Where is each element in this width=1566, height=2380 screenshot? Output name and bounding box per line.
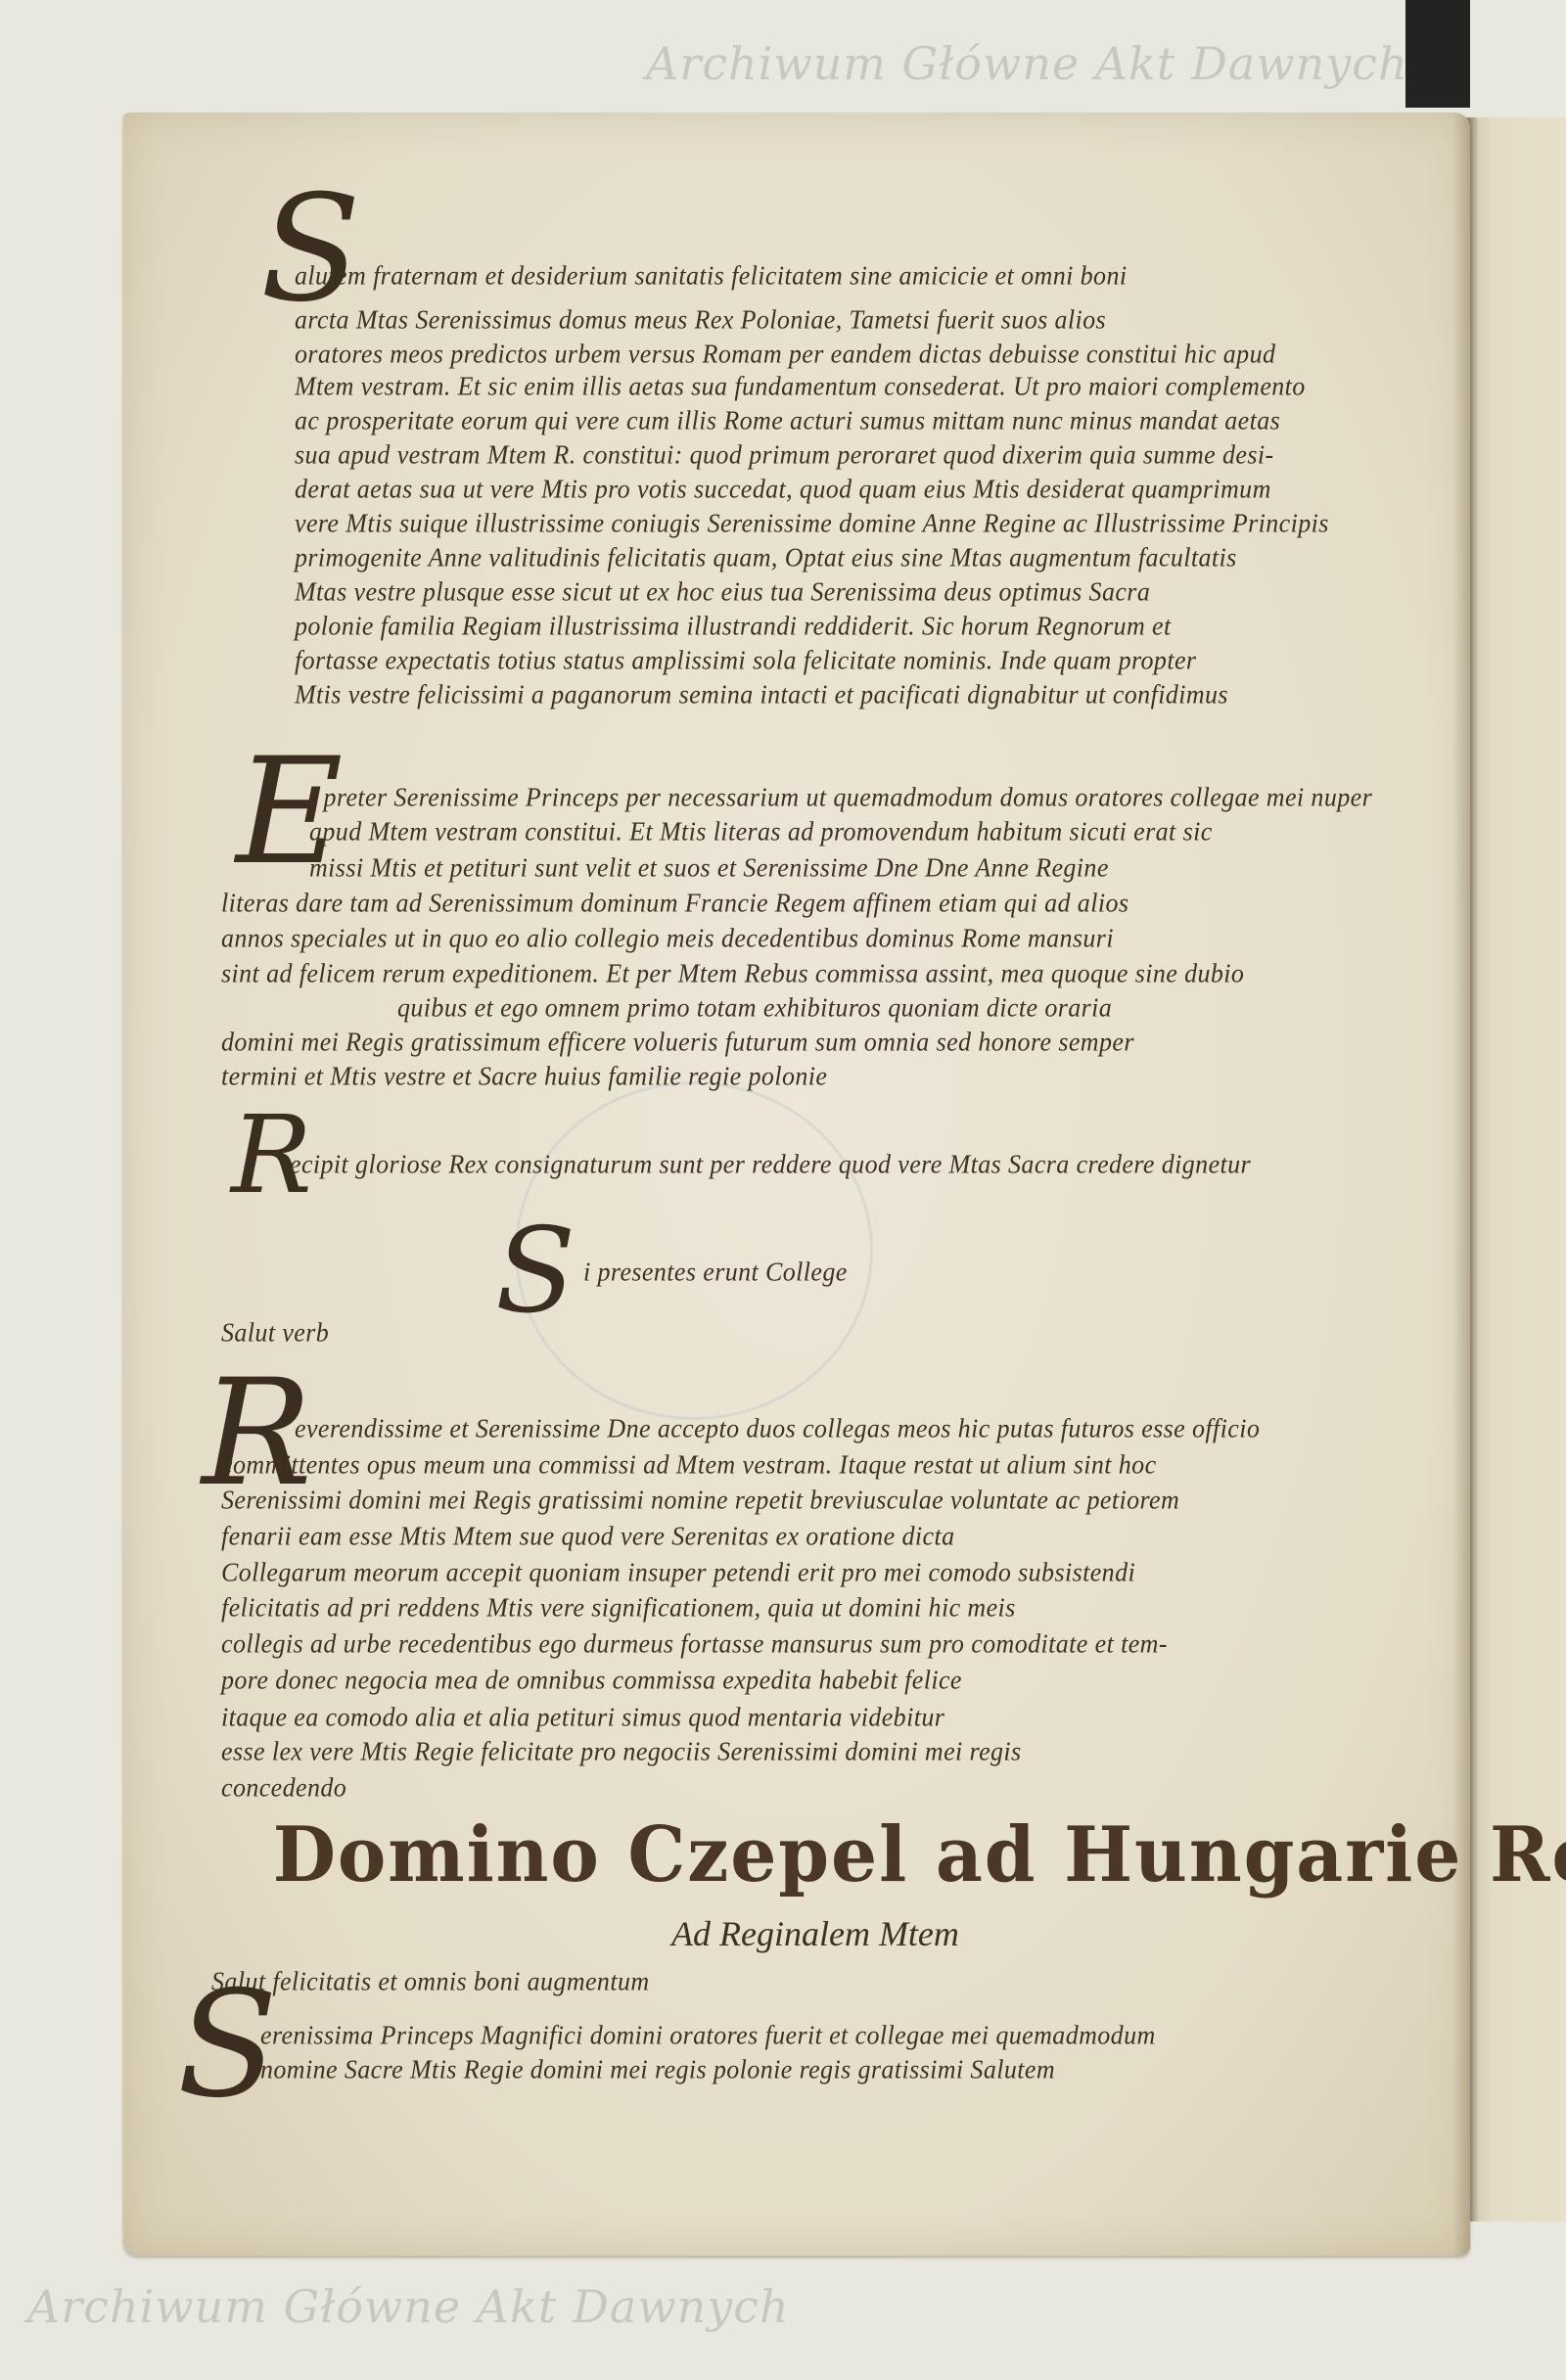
text-line: ecipit gloriose Rex consignaturum sunt p…	[290, 1149, 1251, 1180]
text-line: domini mei Regis gratissimum efficere vo…	[221, 1027, 1134, 1058]
page-edge	[1452, 113, 1470, 2256]
text-line: collegis ad urbe recedentibus ego durmeu…	[221, 1628, 1168, 1660]
text-line: committentes opus meum una commissi ad M…	[221, 1449, 1157, 1481]
text-line: alutem fraternam et desiderium sanitatis…	[295, 260, 1127, 292]
text-line: everendissime et Serenissime Dne accepto…	[295, 1413, 1260, 1444]
text-line: nomine Sacre Mtis Regie domini mei regis…	[260, 2054, 1055, 2085]
letter-heading: Domino Czepel ad Hungarie Reginam	[273, 1810, 1566, 1899]
manuscript-page: S alutem fraternam et desiderium sanitat…	[123, 113, 1470, 2256]
text-line: felicitatis ad pri reddens Mtis vere sig…	[221, 1592, 1016, 1624]
archive-watermark-bottom: Archiwum Główne Akt Dawnych	[27, 2280, 790, 2333]
letter-subheading: Ad Reginalem Mtem	[671, 1913, 959, 1954]
text-line: ac prosperitate eorum qui vere cum illis…	[295, 405, 1280, 436]
text-line: vere Mtis suique illustrissime coniugis …	[295, 508, 1329, 539]
text-line: Mtas vestre plusque esse sicut ut ex hoc…	[295, 576, 1150, 608]
text-line: apud Mtem vestram constitui. Et Mtis lit…	[309, 816, 1213, 847]
inscription-line: i presentes erunt College	[583, 1257, 848, 1288]
text-line: oratores meos predictos urbem versus Rom…	[295, 339, 1275, 370]
text-line: itaque ea comodo alia et alia petituri s…	[221, 1702, 944, 1733]
text-line: missi Mtis et petituri sunt velit et suo…	[309, 852, 1109, 884]
text-line: Mtis vestre felicissimi a paganorum semi…	[295, 679, 1228, 710]
text-line: fenarii eam esse Mtis Mtem sue quod vere…	[221, 1521, 955, 1552]
text-line: t preter Serenissime Princeps per necess…	[309, 782, 1372, 813]
text-line: erenissima Princeps Magnifici domini ora…	[260, 2020, 1156, 2051]
text-line: derat aetas sua ut vere Mtis pro votis s…	[295, 474, 1271, 505]
text-line: fortasse expectatis totius status amplis…	[295, 645, 1196, 676]
text-line: literas dare tam ad Serenissimum dominum…	[221, 888, 1128, 919]
text-line: sint ad felicem rerum expeditionem. Et p…	[221, 958, 1244, 989]
text-line: quibus et ego omnem primo totam exhibitu…	[397, 992, 1112, 1024]
text-line: Mtem vestram. Et sic enim illis aetas su…	[295, 371, 1306, 402]
text-line: annos speciales ut in quo eo alio colleg…	[221, 923, 1114, 954]
salutation-line: Salut verb	[221, 1317, 329, 1349]
decorated-initial-s: S	[495, 1213, 576, 1331]
text-line: arcta Mtas Serenissimus domus meus Rex P…	[295, 304, 1106, 336]
archive-watermark-top: Archiwum Główne Akt Dawnych	[646, 37, 1408, 90]
text-line: pore donec negocia mea de omnibus commis…	[221, 1665, 962, 1696]
text-line: sua apud vestram Mtem R. constitui: quod…	[295, 439, 1274, 471]
text-line: primogenite Anne valitudinis felicitatis…	[295, 542, 1237, 573]
text-line: esse lex vere Mtis Regie felicitate pro …	[221, 1736, 1022, 1767]
text-line: termini et Mtis vestre et Sacre huius fa…	[221, 1061, 827, 1092]
adjacent-page-edge	[1468, 117, 1566, 2221]
text-line: concedendo	[221, 1772, 346, 1804]
text-line: polonie familia Regiam illustrissima ill…	[295, 611, 1172, 642]
text-line: Collegarum meorum accepit quoniam insupe…	[221, 1557, 1135, 1588]
binding-strip	[1405, 0, 1470, 108]
text-line: Serenissimi domini mei Regis gratissimi …	[221, 1485, 1179, 1516]
decorated-initial-s: S	[260, 176, 361, 323]
